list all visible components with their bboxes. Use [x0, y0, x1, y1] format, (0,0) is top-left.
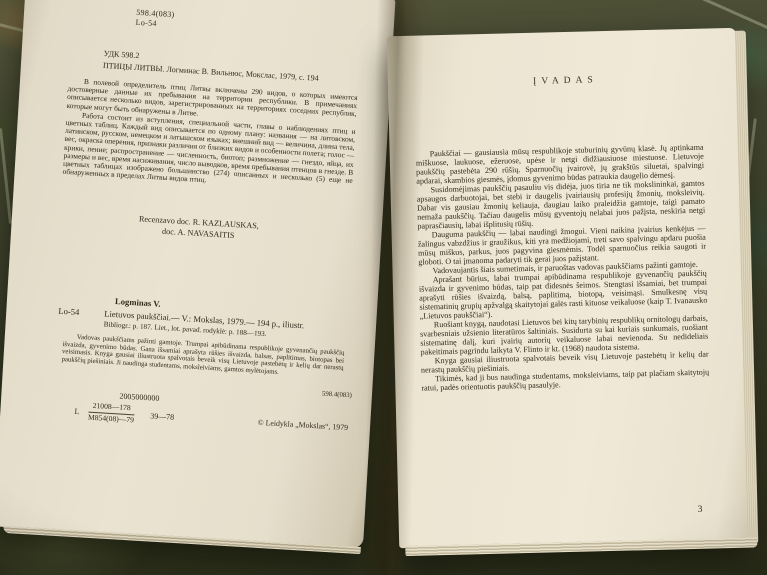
intro-paragraph: Susidomėjimas paukščių pasauliu vis didė…: [416, 179, 705, 231]
reviewers-block: Recenzavo doc. R. KAZLAUSKAS, doc. A. NA…: [59, 210, 364, 249]
chapter-heading: ĮVADAS: [388, 72, 738, 91]
intro-paragraph: Aprašant būrius, labai trumpai apibūdina…: [419, 269, 708, 321]
copyright-line: © Leidykla „Mokslas“, 1979: [258, 418, 349, 432]
code-fraction: 21008—178 M854(08)—79: [88, 402, 135, 425]
left-page-content: 598.4(083) Lo-54 УДК 598.2 ПТИЦЫ ЛИТВЫ. …: [0, 1, 394, 439]
code-denominator: M854(08)—79: [88, 413, 134, 425]
page-number: 3: [698, 505, 703, 515]
classmark-block: 598.4(083) Lo-54: [135, 8, 376, 41]
code-suffix: 39—78: [150, 411, 174, 421]
card-shelfmark: Lo-54: [58, 306, 105, 319]
left-page: 598.4(083) Lo-54 УДК 598.2 ПТИЦЫ ЛИТВЫ. …: [0, 0, 396, 548]
catalog-card: Logminas V. Lo-54 Lietuvos paukščiai.— V…: [51, 293, 359, 381]
code-letter: L: [74, 407, 79, 416]
right-page: ĮVADAS Paukščiai — gausiausia mūsų respu…: [387, 28, 749, 548]
introduction-text: Paukščiai — gausiausia mūsų respublikoje…: [416, 143, 710, 393]
